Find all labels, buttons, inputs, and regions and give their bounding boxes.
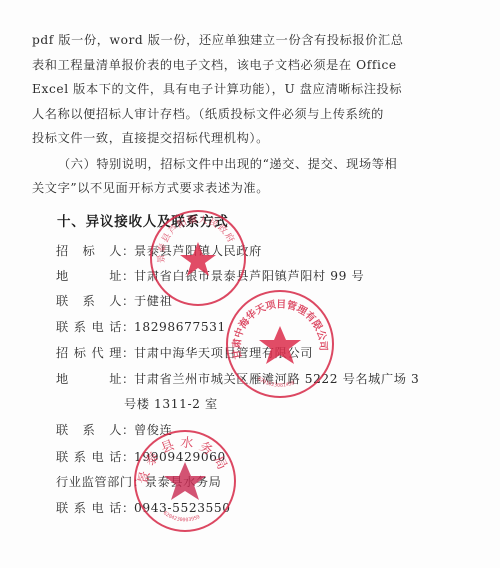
- contact-row-tenderer-phone: 联系电话：18298677531: [56, 319, 226, 335]
- paragraph-line: 人名称以便招标人审计存档。（纸质投标文件必须与上传系统的: [32, 106, 412, 122]
- contact-row-regulator: 行业监管部门：景泰县水务局: [56, 474, 221, 490]
- contact-label: 联 系 人: [56, 293, 122, 309]
- contact-value: 18298677531: [134, 319, 226, 335]
- contact-label: 地 址: [56, 268, 122, 284]
- document-page: pdf 版一份，word 版一份，还应单独建立一份含有投标报价汇总 表和工程量清…: [0, 0, 500, 568]
- contact-value: 甘肃省白银市景泰县芦阳镇芦阳村 99 号: [134, 268, 364, 284]
- section-heading: 十、异议接收人及联系方式: [57, 210, 229, 230]
- contact-row-agency: 招标代理：甘肃中海华天项目管理有限公司: [56, 345, 313, 361]
- contact-label: 招 标 人: [56, 243, 122, 259]
- special-note-line: （六）特别说明，招标文件中出现的“递交、提交、现场等相: [58, 156, 438, 172]
- contact-label: 联 系 人: [56, 422, 122, 438]
- contact-label: 联系电话: [56, 449, 122, 465]
- contact-row-regulator-phone: 联系电话：0943-5523550: [56, 500, 231, 516]
- contact-row-agency-phone: 联系电话：19909429060: [56, 449, 226, 465]
- contact-value: 19909429060: [134, 449, 226, 465]
- paragraph-line: pdf 版一份，word 版一份，还应单独建立一份含有投标报价汇总: [32, 32, 412, 48]
- contact-row-agency-address: 地 址：甘肃省兰州市城关区雁滩河路 5222 号名城广场 3: [56, 371, 419, 387]
- contact-value: 甘肃中海华天项目管理有限公司: [134, 345, 313, 361]
- contact-value: 号楼 1311-2 室: [124, 396, 218, 412]
- contact-value: 曾俊连: [134, 422, 172, 438]
- contact-value: 甘肃省兰州市城关区雁滩河路 5222 号名城广场 3: [134, 371, 419, 387]
- contact-label: 联系电话: [56, 319, 122, 335]
- contact-label: 行业监管部门: [56, 474, 133, 490]
- contact-row-tenderer-person: 联 系 人：于健祖: [56, 293, 172, 309]
- contact-row-tenderer-address: 地 址：甘肃省白银市景泰县芦阳镇芦阳村 99 号: [56, 268, 364, 284]
- contact-value: 于健祖: [134, 293, 172, 309]
- contact-value: 0943-5523550: [134, 500, 231, 516]
- contact-value: 景泰县芦阳镇人民政府: [134, 243, 262, 259]
- special-note-line: 关文字”以不见面开标方式要求表述为准。: [32, 180, 412, 196]
- contact-label: 地 址: [56, 371, 122, 387]
- contact-row-tenderer: 招 标 人：景泰县芦阳镇人民政府: [56, 243, 262, 259]
- contact-label: 招标代理: [56, 345, 122, 361]
- paragraph-line: 表和工程量清单报价表的电子文档，该电子文档必须是在 Office: [32, 57, 412, 73]
- contact-row-agency-address-cont: 号楼 1311-2 室: [124, 396, 218, 412]
- paragraph-line: 投标文件一致，直接提交招标代理机构）。: [32, 130, 412, 146]
- paragraph-line: Excel 版本下的文件，具有电子计算功能），U 盘应清晰标注投标: [32, 81, 412, 97]
- contact-row-agency-person: 联 系 人：曾俊连: [56, 422, 172, 438]
- contact-value: 景泰县水务局: [145, 474, 222, 490]
- contact-label: 联系电话: [56, 500, 122, 516]
